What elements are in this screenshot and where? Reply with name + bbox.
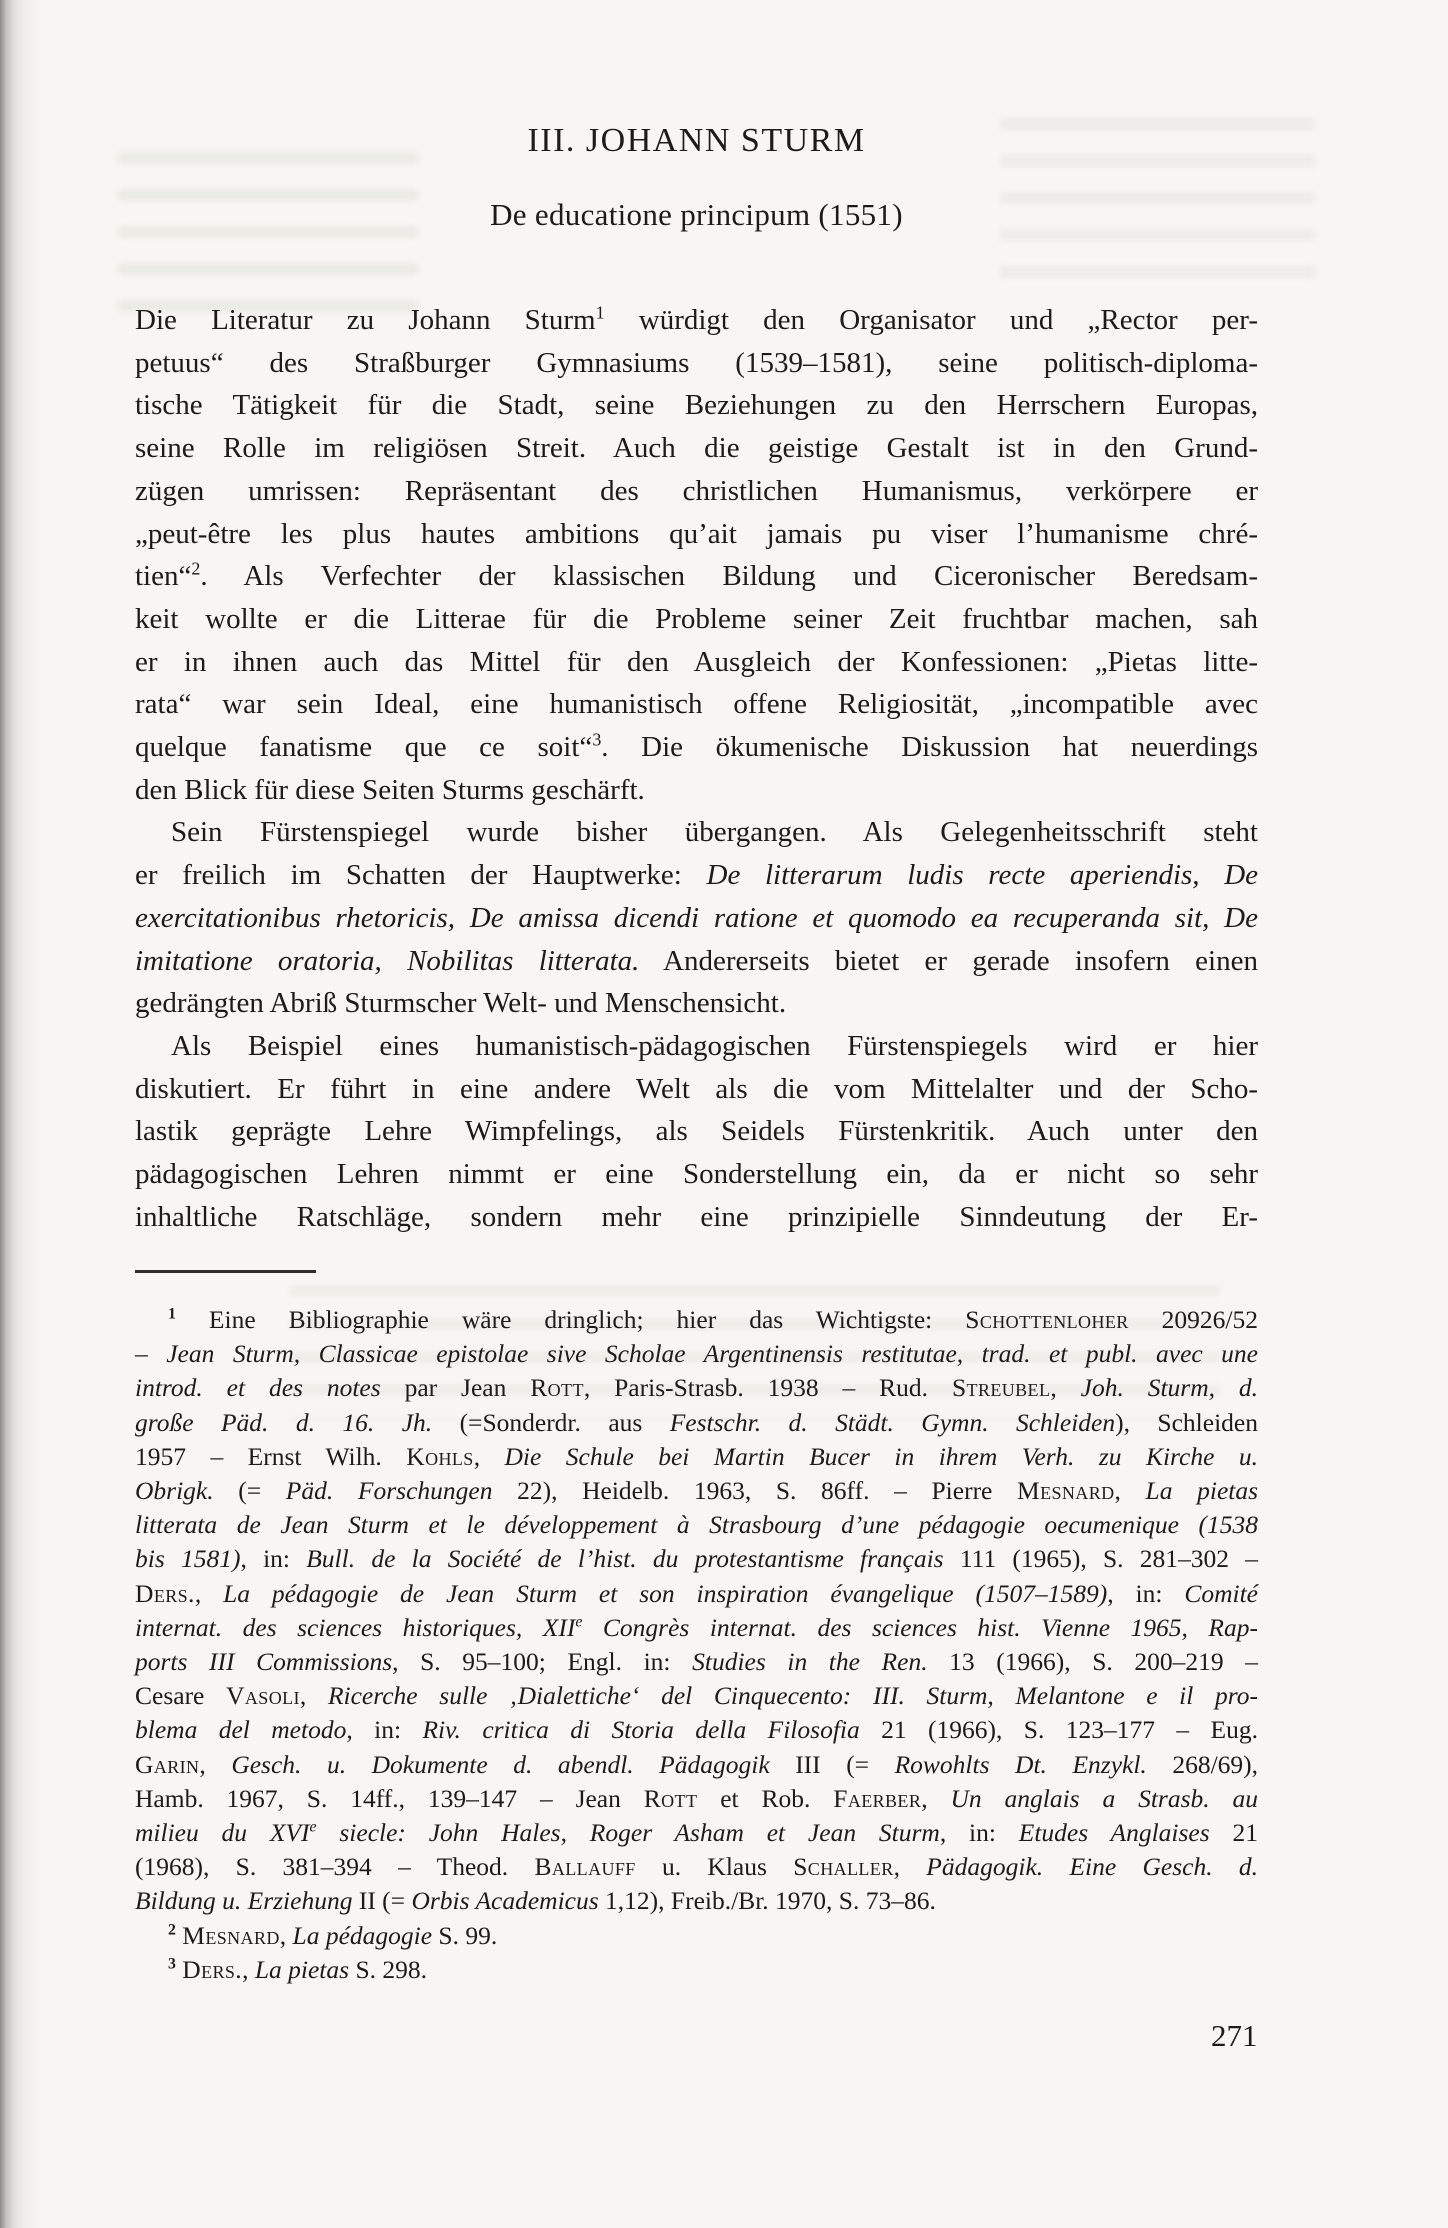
footnote: 3 Ders., La pietas S. 298. <box>135 1953 1258 1987</box>
paragraph: Die Literatur zu Johann Sturm1 würdigt d… <box>135 299 1258 811</box>
paragraph: Sein Fürstenspiegel wurde bisher übergan… <box>135 811 1258 1025</box>
footnotes-section: 1 Eine Bibliographie wäre dringlich; hie… <box>135 1303 1258 1987</box>
body-text: Die Literatur zu Johann Sturm1 würdigt d… <box>135 299 1258 1238</box>
footnote-separator <box>135 1270 316 1273</box>
page-number: 271 <box>1211 2018 1258 2054</box>
page-scan: III. JOHANN STURM De educatione principu… <box>0 0 1448 2228</box>
footnote: 1 Eine Bibliographie wäre dringlich; hie… <box>135 1303 1258 1919</box>
gutter-shadow <box>0 0 40 2228</box>
paragraph: Als Beispiel eines humanistisch-pädagogi… <box>135 1025 1258 1239</box>
work-title: De educatione principum (1551) <box>135 197 1258 233</box>
chapter-heading: III. JOHANN STURM <box>135 122 1258 160</box>
footnote: 2 Mesnard, La pédagogie S. 99. <box>135 1919 1258 1953</box>
